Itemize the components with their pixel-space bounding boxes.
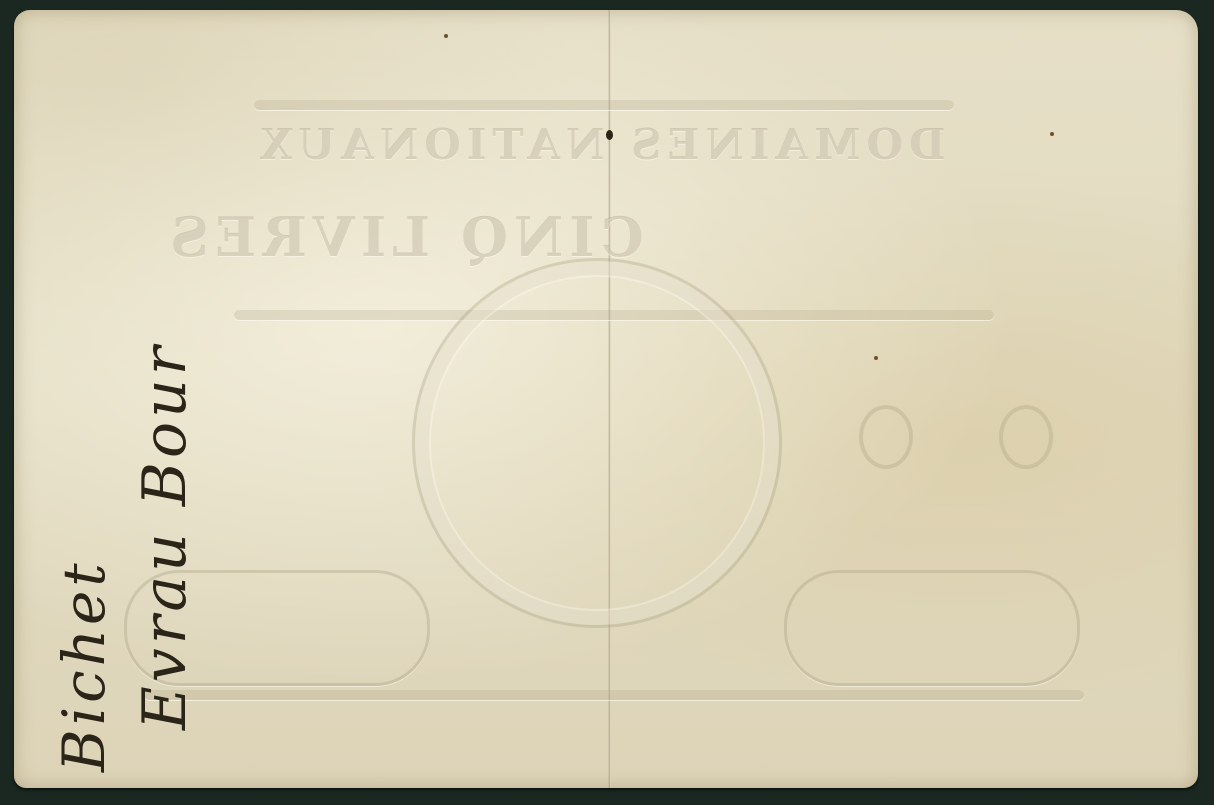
ink-spot (1050, 132, 1054, 136)
embossed-numeral-left (859, 405, 913, 469)
handwritten-note-2: Evrau Bour (130, 343, 200, 730)
emboss-line-top (254, 100, 954, 110)
embossed-numeral-right (999, 405, 1053, 469)
ink-spot (444, 34, 448, 38)
ink-spot (874, 356, 878, 360)
emboss-line-bottom (144, 690, 1084, 700)
handwritten-note-1: Bichet (50, 559, 118, 772)
embossed-text-upper: DOMAINES NATIONAUX (254, 120, 945, 169)
embossed-seal (412, 258, 782, 628)
embossed-cartouche-right (784, 570, 1080, 686)
